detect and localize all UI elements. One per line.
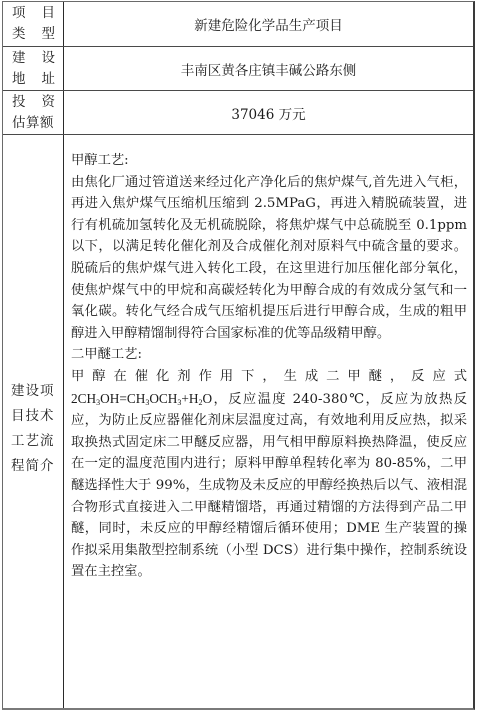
label-char: 估算额 xyxy=(12,113,54,134)
row-location: 建 设 地 址 丰南区黄各庄镇丰碱公路东侧 xyxy=(3,47,473,91)
row-process-description: 建设项 目技术 工艺流 程简介 甲醇工艺: 由焦化厂通过管道送来经过化产净化后的… xyxy=(3,135,473,708)
label-location: 建 设 地 址 xyxy=(3,47,64,90)
dme-process-text: 2CH3OH=CH3OCH3+H2O，反应温度 240-380℃，反应为放热反应… xyxy=(71,388,467,583)
investment-amount: 37046 万元 xyxy=(231,103,305,123)
value-investment: 37046 万元 xyxy=(64,91,473,134)
label-line: 建设项 xyxy=(11,379,59,404)
dme-heading: 二甲醚工艺: xyxy=(71,344,467,366)
project-info-table: 项 目 类 型 新建危险化学品生产项目 建 设 地 xyxy=(2,1,475,710)
label-char: 型 xyxy=(42,24,56,45)
label-line: 目技术 xyxy=(11,404,59,429)
label-line: 工艺流 xyxy=(11,429,59,454)
label-char: 建 xyxy=(12,48,26,69)
project-type-text: 新建危险化学品生产项目 xyxy=(194,14,343,34)
methanol-heading: 甲醇工艺: xyxy=(71,150,467,172)
label-char: 地 xyxy=(12,69,26,90)
value-location: 丰南区黄各庄镇丰碱公路东侧 xyxy=(64,47,473,90)
label-project-type: 项 目 类 型 xyxy=(3,2,64,46)
label-char: 类 xyxy=(12,24,26,45)
label-line: 程简介 xyxy=(11,454,59,479)
process-description: 甲醇工艺: 由焦化厂通过管道送来经过化产净化后的焦炉煤气,首先进入气柜，再进入焦… xyxy=(71,150,467,583)
methanol-process-text: 由焦化厂通过管道送来经过化产净化后的焦炉煤气,首先进入气柜，再进入焦炉煤气压缩机… xyxy=(71,172,467,345)
label-char: 资 xyxy=(42,92,56,113)
value-project-type: 新建危险化学品生产项目 xyxy=(64,2,473,46)
label-char: 址 xyxy=(42,69,56,90)
reaction-formula: 2CH3OH=CH3OCH3+H2O xyxy=(71,391,212,406)
location-text: 丰南区黄各庄镇丰碱公路东侧 xyxy=(181,59,357,79)
dme-intro-line: 甲醇在催化剂作用下，生成二甲醚，反应式 xyxy=(71,366,467,388)
label-char: 项 xyxy=(12,3,26,24)
label-investment: 投 资 估算额 xyxy=(3,91,64,134)
row-project-type: 项 目 类 型 新建危险化学品生产项目 xyxy=(3,2,473,47)
dme-process-body: ，反应温度 240-380℃，反应为放热反应，为防止反应器催化剂床层温度过高，有… xyxy=(71,392,467,580)
label-char: 设 xyxy=(42,48,56,69)
label-char: 投 xyxy=(12,92,26,113)
label-char: 目 xyxy=(42,3,56,24)
row-investment: 投 资 估算额 37046 万元 xyxy=(3,91,473,135)
label-process-description: 建设项 目技术 工艺流 程简介 xyxy=(3,135,64,708)
